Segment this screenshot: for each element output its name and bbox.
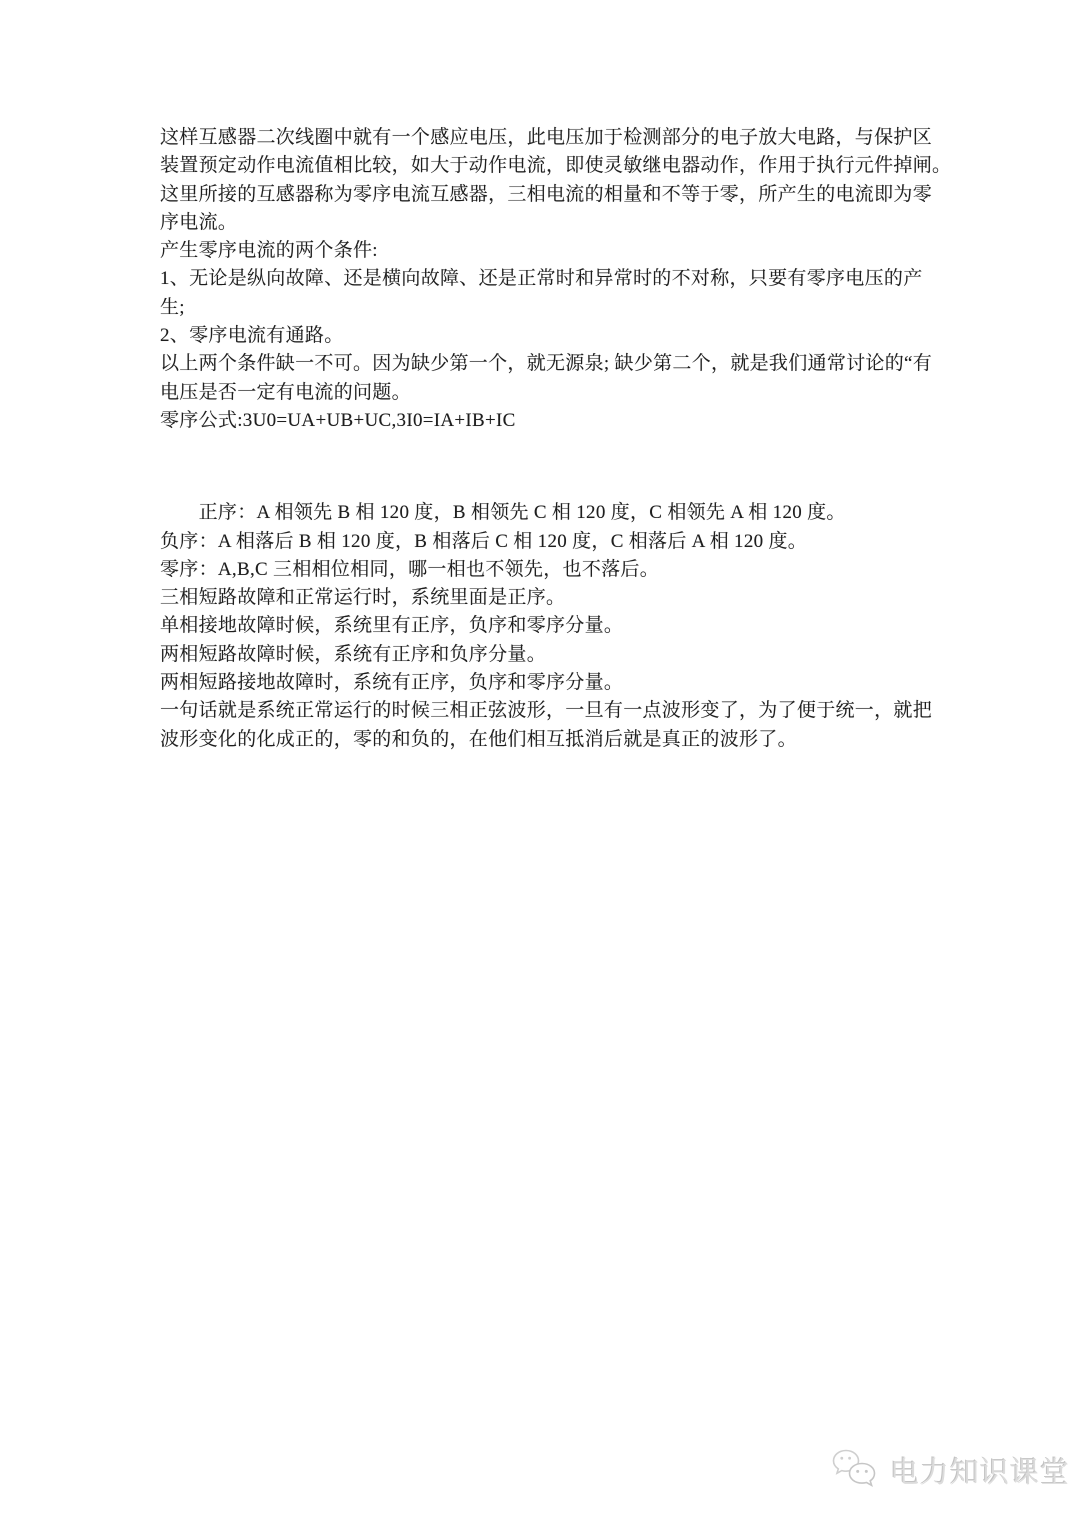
text-line: 两相短路故障时候，系统有正序和负序分量。 [160,641,936,669]
text-line: 产生零序电流的两个条件: [160,237,936,265]
text-line: 生; [160,294,936,322]
wechat-chat-bubbles-icon [831,1448,881,1492]
text-line: 正序：A 相领先 B 相 120 度，B 相领先 C 相 120 度，C 相领先… [160,499,936,527]
text-line: 两相短路接地故障时，系统有正序，负序和零序分量。 [160,669,936,697]
paragraph-block-phase-sequence: 正序：A 相领先 B 相 120 度，B 相领先 C 相 120 度，C 相领先… [160,499,936,754]
text-line: 一句话就是系统正常运行的时候三相正弦波形，一旦有一点波形变了，为了便于统一，就把 [160,697,936,725]
watermark: 电力知识课堂 [831,1448,1070,1492]
text-line: 这里所接的互感器称为零序电流互感器，三相电流的相量和不等于零，所产生的电流即为零 [160,181,936,209]
text-line: 零序：A,B,C 三相相位相同，哪一相也不领先，也不落后。 [160,556,936,584]
text-line: 零序公式:3U0=UA+UB+UC,3I0=IA+IB+IC [160,407,936,435]
text-line: 三相短路故障和正常运行时，系统里面是正序。 [160,584,936,612]
text-line: 序电流。 [160,209,936,237]
paragraph-block-zero-sequence: 这样互感器二次线圈中就有一个感应电压，此电压加于检测部分的电子放大电路，与保护区… [160,124,936,435]
text-line: 负序：A 相落后 B 相 120 度，B 相落后 C 相 120 度，C 相落后… [160,528,936,556]
document-text: 这样互感器二次线圈中就有一个感应电压，此电压加于检测部分的电子放大电路，与保护区… [160,124,936,754]
watermark-label: 电力知识课堂 [890,1450,1070,1491]
text-line: 以上两个条件缺一不可。因为缺少第一个，就无源泉; 缺少第二个，就是我们通常讨论的… [160,350,936,378]
text-line: 1、无论是纵向故障、还是横向故障、还是正常时和异常时的不对称，只要有零序电压的产 [160,265,936,293]
text-line: 电压是否一定有电流的问题。 [160,379,936,407]
text-line: 单相接地故障时候，系统里有正序，负序和零序分量。 [160,612,936,640]
text-line: 装置预定动作电流值相比较，如大于动作电流，即使灵敏继电器动作，作用于执行元件掉闸… [160,152,936,180]
text-line: 2、零序电流有通路。 [160,322,936,350]
document-page: 这样互感器二次线圈中就有一个感应电压，此电压加于检测部分的电子放大电路，与保护区… [0,0,1080,1526]
text-line: 这样互感器二次线圈中就有一个感应电压，此电压加于检测部分的电子放大电路，与保护区 [160,124,936,152]
text-line: 波形变化的化成正的，零的和负的，在他们相互抵消后就是真正的波形了。 [160,726,936,754]
